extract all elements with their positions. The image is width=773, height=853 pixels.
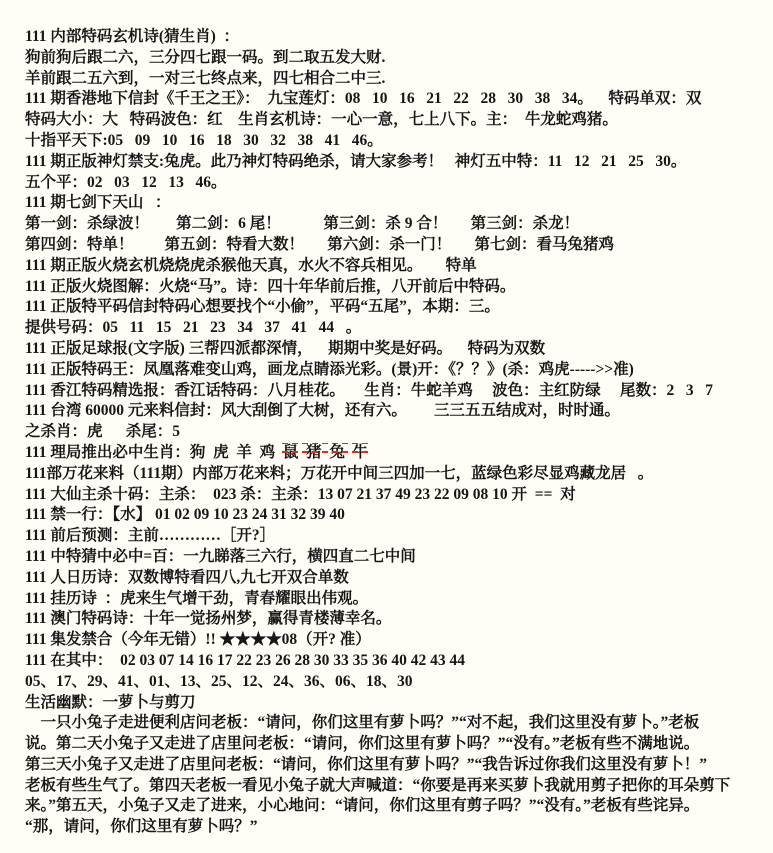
line-text: 111 理局推出必中生肖：狗 虎 羊 鸡 [25, 444, 283, 461]
line-text: 狗前狗后跟二六，三分四七跟一码。到二取五发大财. [25, 49, 385, 66]
line-text: 111部万花来料（111期）内部万花来料；万花开中间三四加一七，蓝绿色彩尽显鸡藏… [25, 465, 653, 482]
seven-swords-title: 111 期七剑下天山 ： [25, 193, 769, 214]
struck-zodiac-text: 鼠 猪 兔 牛 [283, 444, 368, 461]
line-text: 111 在其中： 02 03 07 14 16 17 22 23 26 28 3… [25, 652, 465, 669]
poem-line: 羊前跟二五六到，一对三七终点来，四七相合二中三. [25, 69, 769, 90]
ban-row-line: 111 禁一行：【水】 01 02 09 10 23 24 31 32 39 4… [25, 505, 769, 526]
story-line: 第三天小兔子又走进了店里问老板：“请问，你们这里有萝卜吗？”“我告诉过你我们这里… [25, 755, 769, 776]
line-text: 111 香江特码精选报：香江话特码：八月桂花。 生肖：牛蛇羊鸡 波色：主红防绿 … [25, 382, 713, 399]
story-line: 说。第二天小兔子又走进了店里问老板：“请问，你们这里有萝卜吗？”“没有。”老板有… [25, 734, 769, 755]
renri-line: 111 人日历诗：双数博特看四八,九七开双合单数 [25, 568, 769, 589]
line-text: 111 台湾 60000 元来料信封：风大刮倒了大树，还有六。 三三五五结成对，… [25, 402, 620, 419]
story-line: “那，请问，你们这里有萝卜吗？” [25, 817, 769, 838]
xiangjiang-line: 111 香江特码精选报：香江话特码：八月桂花。 生肖：牛蛇羊鸡 波色：主红防绿 … [25, 381, 769, 402]
football-line: 111 正版足球报(文字版) 三帮四派都深情， 期期中奖是好码。 特码为双数 [25, 339, 769, 360]
line-text: 生活幽默：一萝卜与剪刀 [25, 694, 196, 711]
swords-row: 第一剑：杀绿波！ 第二剑：6 尾！ 第三剑：杀 9 合！ 第三剑：杀龙！ [25, 214, 769, 235]
macau-line: 111 澳门特码诗：十年一觉扬州梦，赢得青楼薄幸名。 [25, 609, 769, 630]
line-text: 111 正版火烧图解：火烧“马”。诗：四十年华前后推，八开前后中特码。 [25, 278, 515, 295]
line-text: 111 澳门特码诗：十年一觉扬州梦，赢得青楼薄幸名。 [25, 610, 391, 627]
line-text: 第四剑：特单！ 第五剑：特看大数！ 第六剑：杀一门！ 第七剑：看马兔猪鸡 [25, 236, 614, 253]
line-text: 老板有些生气了。第四天老板一看见小兔子就大声喊道：“你要是再来买萝卜我就用剪子把… [25, 777, 730, 794]
guali-line: 111 挂历诗 ：虎来生气增干劲，青春耀眼出伟观。 [25, 589, 769, 610]
line-text: 之杀肖：虎 杀尾：5 [25, 423, 180, 440]
line-text: 第三天小兔子又走进了店里问老板：“请问，你们这里有萝卜吗？”“我告诉过你我们这里… [25, 756, 707, 773]
line-text: 说。第二天小兔子又走进了店里问老板：“请问，你们这里有萝卜吗？”“没有。”老板有… [25, 735, 699, 752]
story-line: 一只小兔子走进便利店问老板：“请问，你们这里有萝卜吗？”“对不起，我们这里没有萝… [25, 713, 769, 734]
line-text: 111 期正版火烧玄机烧烧虎杀猴他天真，水火不容兵相见。 特单 [25, 257, 477, 274]
daxian-line: 111 大仙主杀十码：主杀： 023 杀：主杀：13 07 21 37 49 2… [25, 485, 769, 506]
line-text: 111 期香港地下信封《千王之王》： 九宝莲灯：08 10 16 21 22 2… [25, 90, 701, 107]
line-text: 05、17、29、41、01、13、25、12、24、36、06、18、30 [25, 673, 413, 690]
huoshao-tujie-line: 111 正版火烧图解：火烧“马”。诗：四十年华前后推，八开前后中特码。 [25, 277, 769, 298]
line-text: 111 禁一行：【水】 01 02 09 10 23 24 31 32 39 4… [25, 506, 345, 523]
ten-fingers-line: 十指平天下:05 09 10 16 18 30 32 38 41 46。 [25, 131, 769, 152]
provided-numbers-line: 提供号码：05 11 15 21 23 34 37 41 44 。 [25, 318, 769, 339]
hk-envelope-line: 111 期香港地下信封《千王之王》： 九宝莲灯：08 10 16 21 22 2… [25, 89, 769, 110]
line-text: 111 期正版神灯禁支:兔虎。此乃神灯特码绝杀，请大家参考！ 神灯五中特：11 … [25, 153, 686, 170]
poem-line: 狗前狗后跟二六，三分四七跟一码。到二取五发大财. [25, 48, 769, 69]
humor-title: 生活幽默：一萝卜与剪刀 [25, 693, 769, 714]
line-text: 111 正版特码王：凤凰落难变山鸡，画龙点睛添光彩。(景)开：《？？》(杀：鸡虎… [25, 361, 634, 378]
line-text: 111 内部特码玄机诗(猜生肖) ： [25, 28, 239, 45]
zodiac-prediction-line: 111 理局推出必中生肖：狗 虎 羊 鸡 鼠 猪 兔 牛 [25, 443, 769, 464]
story-line: 来。”第五天，小兔子又走了进来，小心地问：“请问，你们这里有剪子吗？”“没有。”… [25, 796, 769, 817]
size-wave-line: 特码大小：大 特码波色：红 生肖玄机诗：一心一意，七上八下。主： 牛龙蛇鸡猪。 [25, 110, 769, 131]
document-body: 111 内部特码玄机诗(猜生肖) ：狗前狗后跟二六，三分四七跟一码。到二取五发大… [0, 0, 773, 838]
number-list-line: 05、17、29、41、01、13、25、12、24、36、06、18、30 [25, 672, 769, 693]
forecast-line: 111 前后预测：主前…………［开?］ [25, 526, 769, 547]
story-line: 老板有些生气了。第四天老板一看见小兔子就大声喊道：“你要是再来买萝卜我就用剪子把… [25, 776, 769, 797]
line-text: 羊前跟二五六到，一对三七终点来，四七相合二中三. [25, 70, 385, 87]
wanhua-line: 111部万花来料（111期）内部万花来料；万花开中间三四加一七，蓝绿色彩尽显鸡藏… [25, 464, 769, 485]
line-text: 特码大小：大 特码波色：红 生肖玄机诗：一心一意，七上八下。主： 牛龙蛇鸡猪。 [25, 111, 618, 128]
line-text: 111 大仙主杀十码：主杀： 023 杀：主杀：13 07 21 37 49 2… [25, 486, 576, 503]
line-text: 111 正版特平码信封特码心想要找个“小偷”，平码“五尾”，本期：三。 [25, 298, 500, 315]
swords-row: 第四剑：特单！ 第五剑：特看大数！ 第六剑：杀一门！ 第七剑：看马兔猪鸡 [25, 235, 769, 256]
teping-envelope-line: 111 正版特平码信封特码心想要找个“小偷”，平码“五尾”，本期：三。 [25, 297, 769, 318]
line-text: 111 人日历诗：双数博特看四八,九七开双合单数 [25, 569, 349, 586]
taiwan-line: 111 台湾 60000 元来料信封：风大刮倒了大树，还有六。 三三五五结成对，… [25, 401, 769, 422]
huoshao-xuanji-line: 111 期正版火烧玄机烧烧虎杀猴他天真，水火不容兵相见。 特单 [25, 256, 769, 277]
line-text: 来。”第五天，小兔子又走了进来，小心地问：“请问，你们这里有剪子吗？”“没有。”… [25, 797, 699, 814]
document-page: 111 内部特码玄机诗(猜生肖) ：狗前狗后跟二六，三分四七跟一码。到二取五发大… [0, 0, 773, 853]
temawang-line: 111 正版特码王：凤凰落难变山鸡，画龙点睛添光彩。(景)开：《？？》(杀：鸡虎… [25, 360, 769, 381]
line-text: 111 挂历诗 ：虎来生气增干劲，青春耀眼出伟观。 [25, 590, 368, 607]
five-flat-line: 五个平：02 03 12 13 46。 [25, 173, 769, 194]
kill-zodiac-line: 之杀肖：虎 杀尾：5 [25, 422, 769, 443]
line-text: 111 期七剑下天山 ： [25, 194, 171, 211]
line-text: 111 正版足球报(文字版) 三帮四派都深情， 期期中奖是好码。 特码为双数 [25, 340, 545, 357]
line-text: 五个平：02 03 12 13 46。 [25, 174, 227, 191]
line-text: 一只小兔子走进便利店问老板：“请问，你们这里有萝卜吗？”“对不起，我们这里没有萝… [25, 714, 699, 731]
xuanji-poem-title: 111 内部特码玄机诗(猜生肖) ： [25, 27, 769, 48]
line-text: 111 前后预测：主前…………［开?］ [25, 527, 275, 544]
line-text: 提供号码：05 11 15 21 23 34 37 41 44 。 [25, 319, 361, 336]
line-text: 十指平天下:05 09 10 16 18 30 32 38 41 46。 [25, 132, 383, 149]
shendeng-line: 111 期正版神灯禁支:兔虎。此乃神灯特码绝杀，请大家参考！ 神灯五中特：11 … [25, 152, 769, 173]
line-text: 111 中特猜中必中=百：一九睇落三六行，横四直二七中间 [25, 548, 416, 565]
line-text: 111 集发禁合（今年无错）!! ★★★★08（开? 准） [25, 631, 371, 648]
jifa-line: 111 集发禁合（今年无错）!! ★★★★08（开? 准） [25, 630, 769, 651]
zhongte-line: 111 中特猜中必中=百：一九睇落三六行，横四直二七中间 [25, 547, 769, 568]
line-text: 第一剑：杀绿波！ 第二剑：6 尾！ 第三剑：杀 9 合！ 第三剑：杀龙！ [25, 215, 579, 232]
in-it-line: 111 在其中： 02 03 07 14 16 17 22 23 26 28 3… [25, 651, 769, 672]
line-text: “那，请问，你们这里有萝卜吗？” [25, 818, 258, 835]
